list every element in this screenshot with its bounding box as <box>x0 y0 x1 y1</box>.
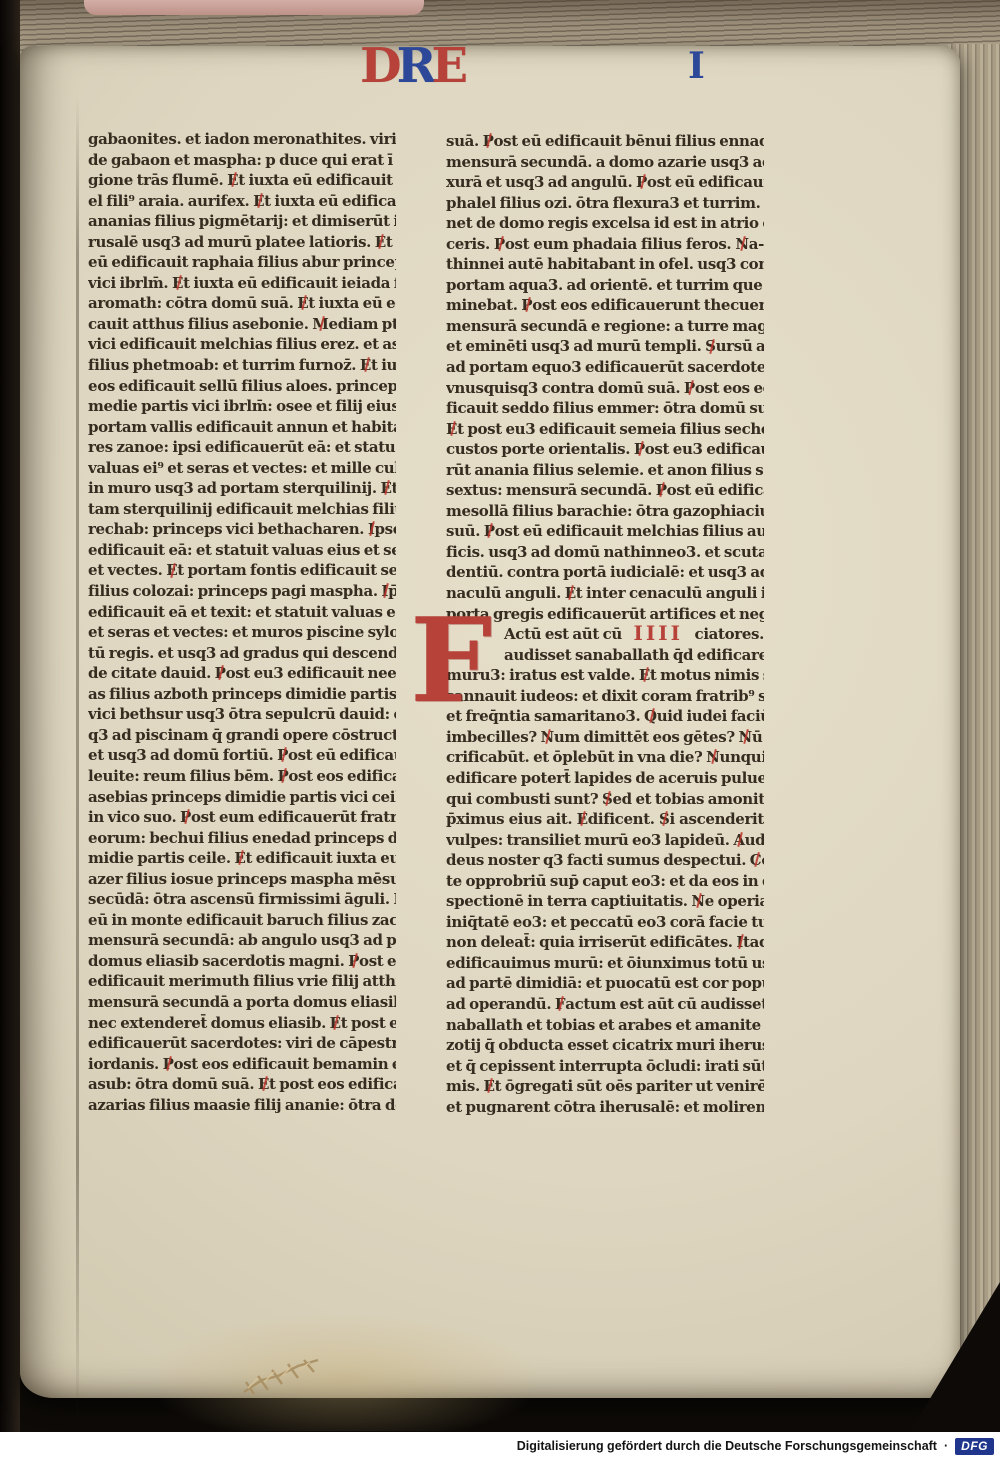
text-line: suū. Post eū edificauit melchias filius … <box>446 521 764 542</box>
text-line: azarias filius maasie filij ananie: ōtra… <box>88 1095 396 1116</box>
rubricated-capital: N <box>735 235 748 253</box>
text-line: azer filius iosue princeps maspha mēsurā <box>88 869 396 890</box>
text-line: gabaonites. et iadon meronathites. viri <box>88 129 396 150</box>
rubricated-capital: I <box>736 933 743 951</box>
text-line: eū edificauit raphaia filius abur prince… <box>88 252 396 273</box>
rubricated-capital: E <box>330 1014 341 1032</box>
text-line: mensurā secundā: ab angulo usq3 ad portā <box>88 930 396 951</box>
text-line: deus noster q3 facti sumus despectui. Co… <box>446 850 764 871</box>
text-line: aromath: cōtra domū suā. Et iuxta eū edi… <box>88 293 396 314</box>
rubricated-capital: E <box>258 1075 269 1093</box>
chapter-opening-text-right: ciatores. <box>695 624 764 645</box>
text-line: sannauit iudeos: et dixit coram fratrib⁹… <box>446 686 764 707</box>
rubricated-capital: M <box>312 315 328 333</box>
text-line: minebat. Post eos edificauerunt thecuem <box>446 295 764 316</box>
text-line: dentiū. contra portā iudicialē: et usq3 … <box>446 562 764 583</box>
rubricated-capital: E <box>227 171 238 189</box>
text-line: Et post eu3 edificauit semeia filius sec… <box>446 419 764 440</box>
text-line: imbecilles? Num dimittēt eos gētes? Nū s… <box>446 727 764 748</box>
text-line: audisset sanaballath q̄d edificarem⁹ <box>446 645 764 666</box>
chapter-indented-lines: audisset sanaballath q̄d edificarem⁹ <box>446 645 764 666</box>
rubricated-capital: P <box>634 440 645 458</box>
rubricated-capital: P <box>348 952 359 970</box>
text-line: res zanoe: ipsi edificauerūt eā: et stat… <box>88 437 396 458</box>
text-line: porta gregis edificauerūt artifices et n… <box>446 604 764 625</box>
rubricated-capital: Q <box>644 707 657 725</box>
credit-separator: · <box>944 1439 948 1453</box>
text-line: iordanis. Post eos edificauit bemamin et <box>88 1054 396 1075</box>
running-title-letter: D <box>360 38 397 94</box>
rubricated-capital: E <box>172 274 183 292</box>
chapter-opening-text-left: Actū est aūt cū <box>504 624 622 645</box>
digitization-credit-bar: Digitalisierung gefördert durch die Deut… <box>0 1432 1000 1460</box>
chapter-initial-letter: F <box>410 615 492 708</box>
text-line: in vico suo. Post eum edificauerūt fratr… <box>88 807 396 828</box>
text-line: edificare potert̄ lapides de aceruis pul… <box>446 768 764 789</box>
text-line: te opprobriū sup̄ caput eo3: et da eos i… <box>446 871 764 892</box>
parchment-stitch-repair <box>238 1352 342 1404</box>
rubricated-capital: E <box>565 584 576 602</box>
text-line: in muro usq3 ad portam sterquilinij. Et … <box>88 478 396 499</box>
chapter-body-lines: muru3: iratus est valde. Et motus nimis … <box>446 665 764 1117</box>
text-line: mensurā secundā e regione: a turre magna <box>446 316 764 337</box>
text-line: tū regis. et usq3 ad gradus qui descendū… <box>88 643 396 664</box>
text-line: mensurā secundā a porta domus eliasib: d… <box>88 992 396 1013</box>
running-title-letter: E <box>432 38 464 94</box>
text-line: xurā et usq3 ad angulū. Post eū edificau… <box>446 172 764 193</box>
text-line: leuite: reum filius bēm. Post eos edific… <box>88 766 396 787</box>
rubricated-capital: P <box>483 132 494 150</box>
rubricated-capital: S <box>705 337 715 355</box>
rubricated-capital: A <box>733 831 744 849</box>
text-line: rusalē usq3 ad murū platee latioris. Et … <box>88 232 396 253</box>
chapter-number: IIII <box>634 624 683 645</box>
text-line: non deleat̄: quia irriserūt edificātes. … <box>446 932 764 953</box>
text-line: asub: ōtra domū suā. Et post eos edifica… <box>88 1074 396 1095</box>
text-line: vulpes: transiliet murū eo3 lapideū. Aud… <box>446 830 764 851</box>
text-line: crificabūt. et ōplebūt in vna die? Nunqu… <box>446 747 764 768</box>
text-line: mensurā secundā. a domo azarie usq3 ad f… <box>446 152 764 173</box>
rubricated-capital: E <box>234 849 245 867</box>
rubricated-capital: E <box>380 479 391 497</box>
text-line: vici bethsur usq3 ōtra sepulcrū dauid: e… <box>88 704 396 725</box>
book-gutter-shadow <box>0 0 20 1432</box>
rubricated-capital: P <box>180 808 191 826</box>
text-line: et q̄ cepissent interrupta ōcludi: irati… <box>446 1056 764 1077</box>
text-column-left: gabaonites. et iadon meronathites. virid… <box>88 129 396 1115</box>
text-line: secūdā: ōtra ascensū firmissimi āguli. P… <box>88 889 396 910</box>
rubricated-capital: P <box>684 379 695 397</box>
text-line: midie partis ceile. Et edificauit iuxta … <box>88 848 396 869</box>
text-line: phalel filius ozi. ōtra flexura3 et turr… <box>446 193 764 214</box>
text-line: ad operandū. Factum est aūt cū audisset … <box>446 994 764 1015</box>
rubricated-capital: P <box>277 767 288 785</box>
rubricated-capital: P <box>277 746 288 764</box>
text-line: mis. Et ōgregati sūt oēs pariter ut veni… <box>446 1076 764 1097</box>
rubricated-capital: I <box>381 582 388 600</box>
text-line: asebias princeps dimidie partis vici cei… <box>88 787 396 808</box>
text-line: mesollā filius barachie: ōtra gazophiaci… <box>446 501 764 522</box>
text-line: ad partē dimidiā: et puocatū est cor pop… <box>446 973 764 994</box>
rubricated-capital: I <box>368 520 375 538</box>
text-line: et freq̄ntia samaritano3. Quid iudei fac… <box>446 706 764 727</box>
text-line: suā. Post eū edificauit bēnui filius enn… <box>446 131 764 152</box>
text-column-right: suā. Post eū edificauit bēnui filius enn… <box>446 131 764 1117</box>
rubricated-capital: N <box>706 748 719 766</box>
text-line: filius phetmoab: et turrim furnoz̄. Et i… <box>88 355 396 376</box>
rubricated-capital: E <box>577 810 588 828</box>
text-line: sextus: mensurā secundā. Post eū edifica… <box>446 480 764 501</box>
text-line: eorum: bechui filius enedad princeps di- <box>88 828 396 849</box>
rubricated-capital: S <box>602 790 612 808</box>
rubricated-capital: E <box>297 294 308 312</box>
rubricated-capital: F <box>555 995 565 1013</box>
rubricated-capital: P <box>636 173 647 191</box>
text-line: qui combusti sunt? Sed et tobias amonite… <box>446 789 764 810</box>
text-line: portam aqua3. ad orientē. et turrim que … <box>446 275 764 296</box>
text-line: et usq3 ad domū fortiū. Post eū edificau… <box>88 745 396 766</box>
text-line: vnusquisq3 contra domū suā. Post eos edi… <box>446 378 764 399</box>
text-line: eū in monte edificauit baruch filius zac… <box>88 910 396 931</box>
rubricated-capital: P <box>163 1055 174 1073</box>
text-line: portam vallis edificauit annun et habita… <box>88 417 396 438</box>
text-line: naballath et tobias et arabes et amanite… <box>446 1015 764 1036</box>
rubricated-capital: P <box>656 481 667 499</box>
book-headband <box>84 0 424 15</box>
text-line: edificauit eā et texit: et statuit valua… <box>88 602 396 623</box>
text-line: el fili⁹ araia. aurifex. Et iuxta eū edi… <box>88 191 396 212</box>
text-line: spectionē in terra captiuitatis. Ne oper… <box>446 891 764 912</box>
chapter-opening-line: Actū est aūt cū IIII ciatores. <box>446 624 764 645</box>
text-line: vici edificauit melchias filius erez. et… <box>88 334 396 355</box>
text-line: net de domo regis excelsa id est in atri… <box>446 213 764 234</box>
rubricated-capital: E <box>639 666 650 684</box>
rubricated-capital: E <box>375 233 386 251</box>
text-line: iniq̄tatē eo3: et peccatū eo3 corā facie… <box>446 912 764 933</box>
text-line: naculū anguli. Et inter cenaculū anguli … <box>446 583 764 604</box>
rubricated-capital: P <box>484 522 495 540</box>
text-line: thinnei autē habitabant in ofel. usq3 co… <box>446 254 764 275</box>
digitization-credit-text: Digitalisierung gefördert durch die Deut… <box>517 1439 937 1453</box>
text-line: custos porte orientalis. Post eu3 edific… <box>446 439 764 460</box>
text-line: ananias filius pigmētarij: et dimiserūt … <box>88 211 396 232</box>
text-line: muru3: iratus est valde. Et motus nimis … <box>446 665 764 686</box>
text-line: et vectes. Et portam fontis edificauit s… <box>88 560 396 581</box>
text-line: ficauit seddo filius emmer: ōtra domū su… <box>446 398 764 419</box>
text-line: rūt anania filius selemie. et anon filiu… <box>446 460 764 481</box>
rubricated-capital: C <box>750 851 762 869</box>
parchment-stain <box>160 1301 620 1431</box>
text-line: edificauerūt sacerdotes: viri de cāpestr… <box>88 1033 396 1054</box>
rubricated-capital: E <box>484 1077 495 1095</box>
text-line: p̄ximus eius ait. Edificent. Si ascender… <box>446 809 764 830</box>
text-line: et pugnarent cōtra iherusalē: et moliren… <box>446 1097 764 1118</box>
text-line: tam sterquilinij edificauit melchias fil… <box>88 499 396 520</box>
right-column-upper-lines: suā. Post eū edificauit bēnui filius enn… <box>446 131 764 624</box>
text-line: gione trās flumē. Et iuxta eū edificauit… <box>88 170 396 191</box>
text-line: edificauimus murū: et ōiunximus totū usq… <box>446 953 764 974</box>
dfg-logo: DFG <box>955 1438 994 1455</box>
text-line: et eminēti usq3 ad murū templi. Sursū aū… <box>446 336 764 357</box>
text-line: ficis. usq3 ad domū nathinneo3. et scuta… <box>446 542 764 563</box>
text-line: edificauit eā: et statuit valuas eius et… <box>88 540 396 561</box>
text-line: de citate dauid. Post eu3 edificauit nee… <box>88 663 396 684</box>
rubricated-capital: E <box>446 420 457 438</box>
text-line: q3 ad piscinam q̄ grandi opere cōstructa… <box>88 725 396 746</box>
running-title: DRE <box>360 42 463 90</box>
running-title-letter: R <box>397 38 432 94</box>
rubricated-capital: S <box>659 810 669 828</box>
text-line: rechab: princeps vici bethacharen. Ipse <box>88 519 396 540</box>
rubricated-capital: P <box>521 296 532 314</box>
rubricated-capital: P <box>494 235 505 253</box>
text-line: nec extenderet̄ domus eliasib. Et post e… <box>88 1013 396 1034</box>
text-line: cauit atthus filius asebonie. Mediam ptē <box>88 314 396 335</box>
text-line: as filius azboth princeps dimidie partis <box>88 684 396 705</box>
text-line: domus eliasib sacerdotis magni. Post eū <box>88 951 396 972</box>
rubricated-capital: P <box>215 664 226 682</box>
text-line: zotij q̄ obducta esset cicatrix muri ihe… <box>446 1035 764 1056</box>
text-line: valuas ei⁹ et seras et vectes: et mille … <box>88 458 396 479</box>
text-line: filius colozai: princeps pagi maspha. Ip… <box>88 581 396 602</box>
text-line: et seras et vectes: et muros piscine syl… <box>88 622 396 643</box>
rubricated-capital: N <box>691 892 704 910</box>
text-line: ad portam equo3 edificauerūt sacerdotes: <box>446 357 764 378</box>
text-line: medie partis vici ibrlm̄: osee et filij … <box>88 396 396 417</box>
text-line: vici ibrlm̄. Et iuxta eū edificauit ieia… <box>88 273 396 294</box>
rubricated-capital: N <box>738 728 751 746</box>
text-line: de gabaon et maspha: p duce qui erat ī r… <box>88 150 396 171</box>
folio-number: I <box>688 48 705 84</box>
rubricated-capital: P <box>393 890 396 908</box>
rubricated-capital: E <box>166 561 177 579</box>
rubricated-capital: E <box>253 192 264 210</box>
page-gutter-crease <box>76 96 79 1426</box>
text-line: eos edificauit sellū filius aloes. princ… <box>88 376 396 397</box>
text-line: edificauit merimuth filius vrie filij at… <box>88 971 396 992</box>
text-line: ceris. Post eum phadaia filius feros. Na… <box>446 234 764 255</box>
rubricated-capital: E <box>360 356 371 374</box>
rubricated-capital: N <box>540 728 553 746</box>
